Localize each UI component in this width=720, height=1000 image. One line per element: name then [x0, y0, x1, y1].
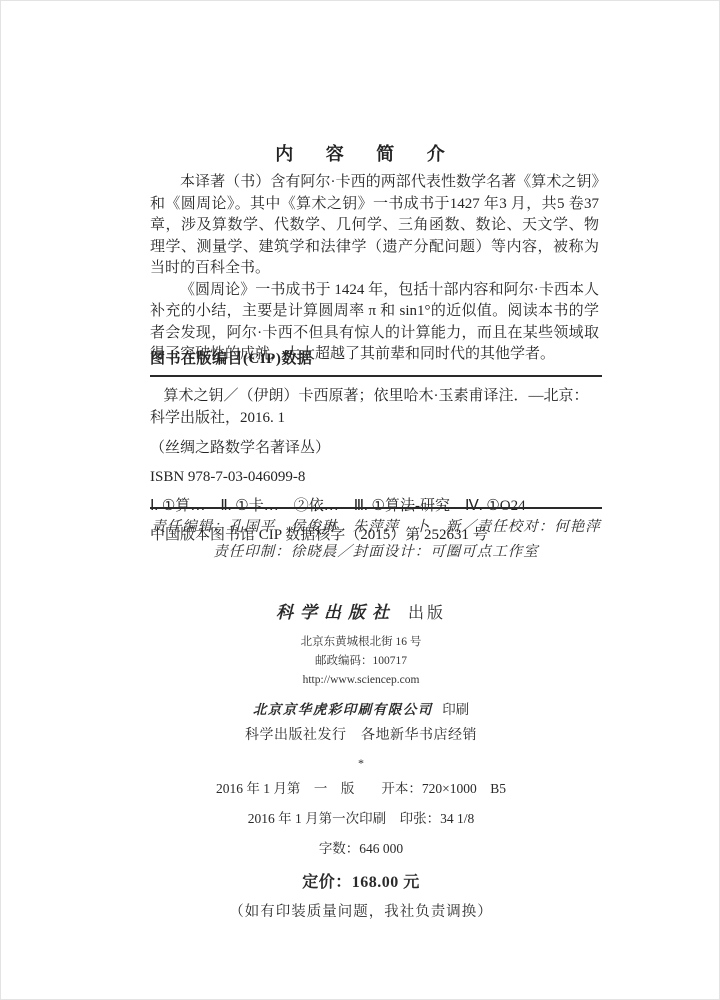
cip-series: （丝绸之路数学名著译丛） [150, 438, 602, 458]
printer-suffix: 印刷 [442, 702, 469, 717]
publisher-line: 科学出版社 出版 [1, 598, 720, 623]
price-line: 定价：168.00 元 [1, 869, 720, 892]
printer-line: 北京京华虎彩印刷有限公司 印刷 [1, 698, 720, 718]
staff-block: 责任编辑：孔国平 侯俊琳 朱萍萍 卜 新／责任校对：何艳萍 责任印制：徐晓晨／封… [150, 507, 602, 565]
cip-isbn: ISBN 978-7-03-046099-8 [150, 467, 602, 487]
staff-print-design-line: 责任印制：徐晓晨／封面设计：可圈可点工作室 [150, 540, 602, 565]
publisher-postcode: 邮政编码：100717 [1, 652, 720, 671]
intro-abstract: 本译著（书）含有阿尔·卡西的两部代表性数学名著《算术之钥》和《圆周论》。其中《算… [150, 172, 599, 366]
staff-lines: 责任编辑：孔国平 侯俊琳 朱萍萍 卜 新／责任校对：何艳萍 责任印制：徐晓晨／封… [150, 515, 602, 565]
staff-top-rule [150, 507, 602, 509]
intro-paragraph-1: 本译著（书）含有阿尔·卡西的两部代表性数学名著《算术之钥》和《圆周论》。其中《算… [150, 172, 599, 280]
publisher-logo: 科学出版社 [276, 603, 396, 622]
edition-line: 2016 年 1 月第 一 版 开本：720×1000 B5 [1, 778, 720, 800]
publisher-suffix: 出版 [408, 605, 446, 622]
publisher-address: 北京东黄城根北街 16 号 [1, 633, 720, 652]
publisher-website: http://www.sciencep.com [1, 671, 720, 690]
quality-notice: （如有印装质量问题，我社负责调换） [1, 900, 720, 921]
impression-line: 2016 年 1 月第一次印刷 印张：34 1/8 [1, 808, 720, 830]
staff-editors-line: 责任编辑：孔国平 侯俊琳 朱萍萍 卜 新／责任校对：何艳萍 [150, 515, 602, 540]
distribution-line: 科学出版社发行 各地新华书店经销 [1, 724, 720, 744]
copyright-page: 内 容 简 介 本译著（书）含有阿尔·卡西的两部代表性数学名著《算术之钥》和《圆… [0, 0, 720, 1000]
cip-top-rule [150, 375, 602, 377]
intro-title: 内 容 简 介 [1, 140, 719, 166]
separator-star: * [1, 756, 720, 770]
printer-name: 北京京华虎彩印刷有限公司 [253, 702, 433, 717]
word-count-line: 字数：646 000 [1, 838, 720, 860]
cip-entry: 算术之钥／（伊朗）卡西原著；依里哈木·玉素甫译注．—北京：科学出版社，2016.… [150, 386, 602, 429]
colophon-block: 科学出版社 出版 北京东黄城根北街 16 号 邮政编码：100717 http:… [1, 598, 720, 921]
cip-heading: 图书在版编目(CIP)数据 [150, 347, 602, 368]
